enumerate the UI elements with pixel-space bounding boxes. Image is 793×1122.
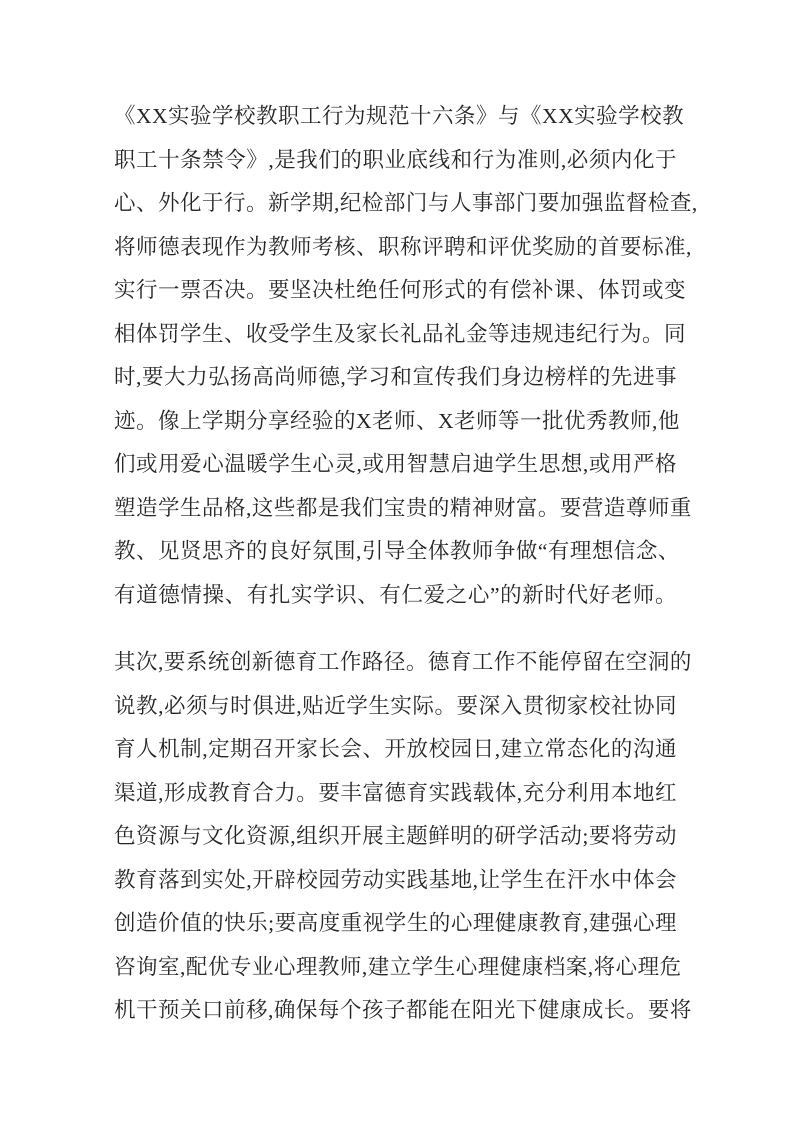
text-line: 咨询室,配优专业心理教师,建立学生心理健康档案,将心理危 (114, 946, 677, 990)
document-page: 《XX实验学校教职工行为规范十六条》与《XX实验学校教 职工十条禁令》,是我们的… (0, 0, 793, 1122)
text-line: 色资源与文化资源,组织开展主题鲜明的研学活动;要将劳动 (114, 815, 677, 859)
text-line: 教、见贤思齐的良好氛围,引导全体教师争做“有理想信念、 (114, 530, 677, 574)
text-line: 们或用爱心温暖学生心灵,或用智慧启迪学生思想,或用严格 (114, 443, 677, 487)
text-line: 《XX实验学校教职工行为规范十六条》与《XX实验学校教 (114, 95, 677, 139)
text-line: 教育落到实处,开辟校园劳动实践基地,让学生在汗水中体会 (114, 859, 677, 903)
text-line: 创造价值的快乐;要高度重视学生的心理健康教育,建强心理 (114, 902, 677, 946)
text-line: 说教,必须与时俱进,贴近学生实际。要深入贯彻家校社协同 (114, 685, 677, 729)
text-line: 有道德情操、有扎实学识、有仁爱之心”的新时代好老师。 (114, 574, 677, 618)
text-line: 心、外化于行。新学期,纪检部门与人事部门要加强监督检查, (114, 182, 677, 226)
text-line: 其次,要系统创新德育工作路径。德育工作不能停留在空洞的 (114, 641, 677, 685)
text-line: 迹。像上学期分享经验的X老师、X老师等一批优秀教师,他 (114, 400, 677, 444)
text-line: 育人机制,定期召开家长会、开放校园日,建立常态化的沟通 (114, 728, 677, 772)
text-line: 实行一票否决。要坚决杜绝任何形式的有偿补课、体罚或变 (114, 269, 677, 313)
paragraph-teacher-ethics: 《XX实验学校教职工行为规范十六条》与《XX实验学校教 职工十条禁令》,是我们的… (114, 95, 677, 617)
text-line: 渠道,形成教育合力。要丰富德育实践载体,充分利用本地红 (114, 772, 677, 816)
text-line: 机干预关口前移,确保每个孩子都能在阳光下健康成长。要将 (114, 989, 677, 1033)
text-line: 塑造学生品格,这些都是我们宝贵的精神财富。要营造尊师重 (114, 487, 677, 531)
text-line: 相体罚学生、收受学生及家长礼品礼金等违规违纪行为。同 (114, 313, 677, 357)
text-line: 将师德表现作为教师考核、职称评聘和评优奖励的首要标准, (114, 226, 677, 270)
text-line: 时,要大力弘扬高尚师德,学习和宣传我们身边榜样的先进事 (114, 356, 677, 400)
text-line: 职工十条禁令》,是我们的职业底线和行为准则,必须内化于 (114, 139, 677, 183)
paragraph-moral-education: 其次,要系统创新德育工作路径。德育工作不能停留在空洞的 说教,必须与时俱进,贴近… (114, 641, 677, 1033)
